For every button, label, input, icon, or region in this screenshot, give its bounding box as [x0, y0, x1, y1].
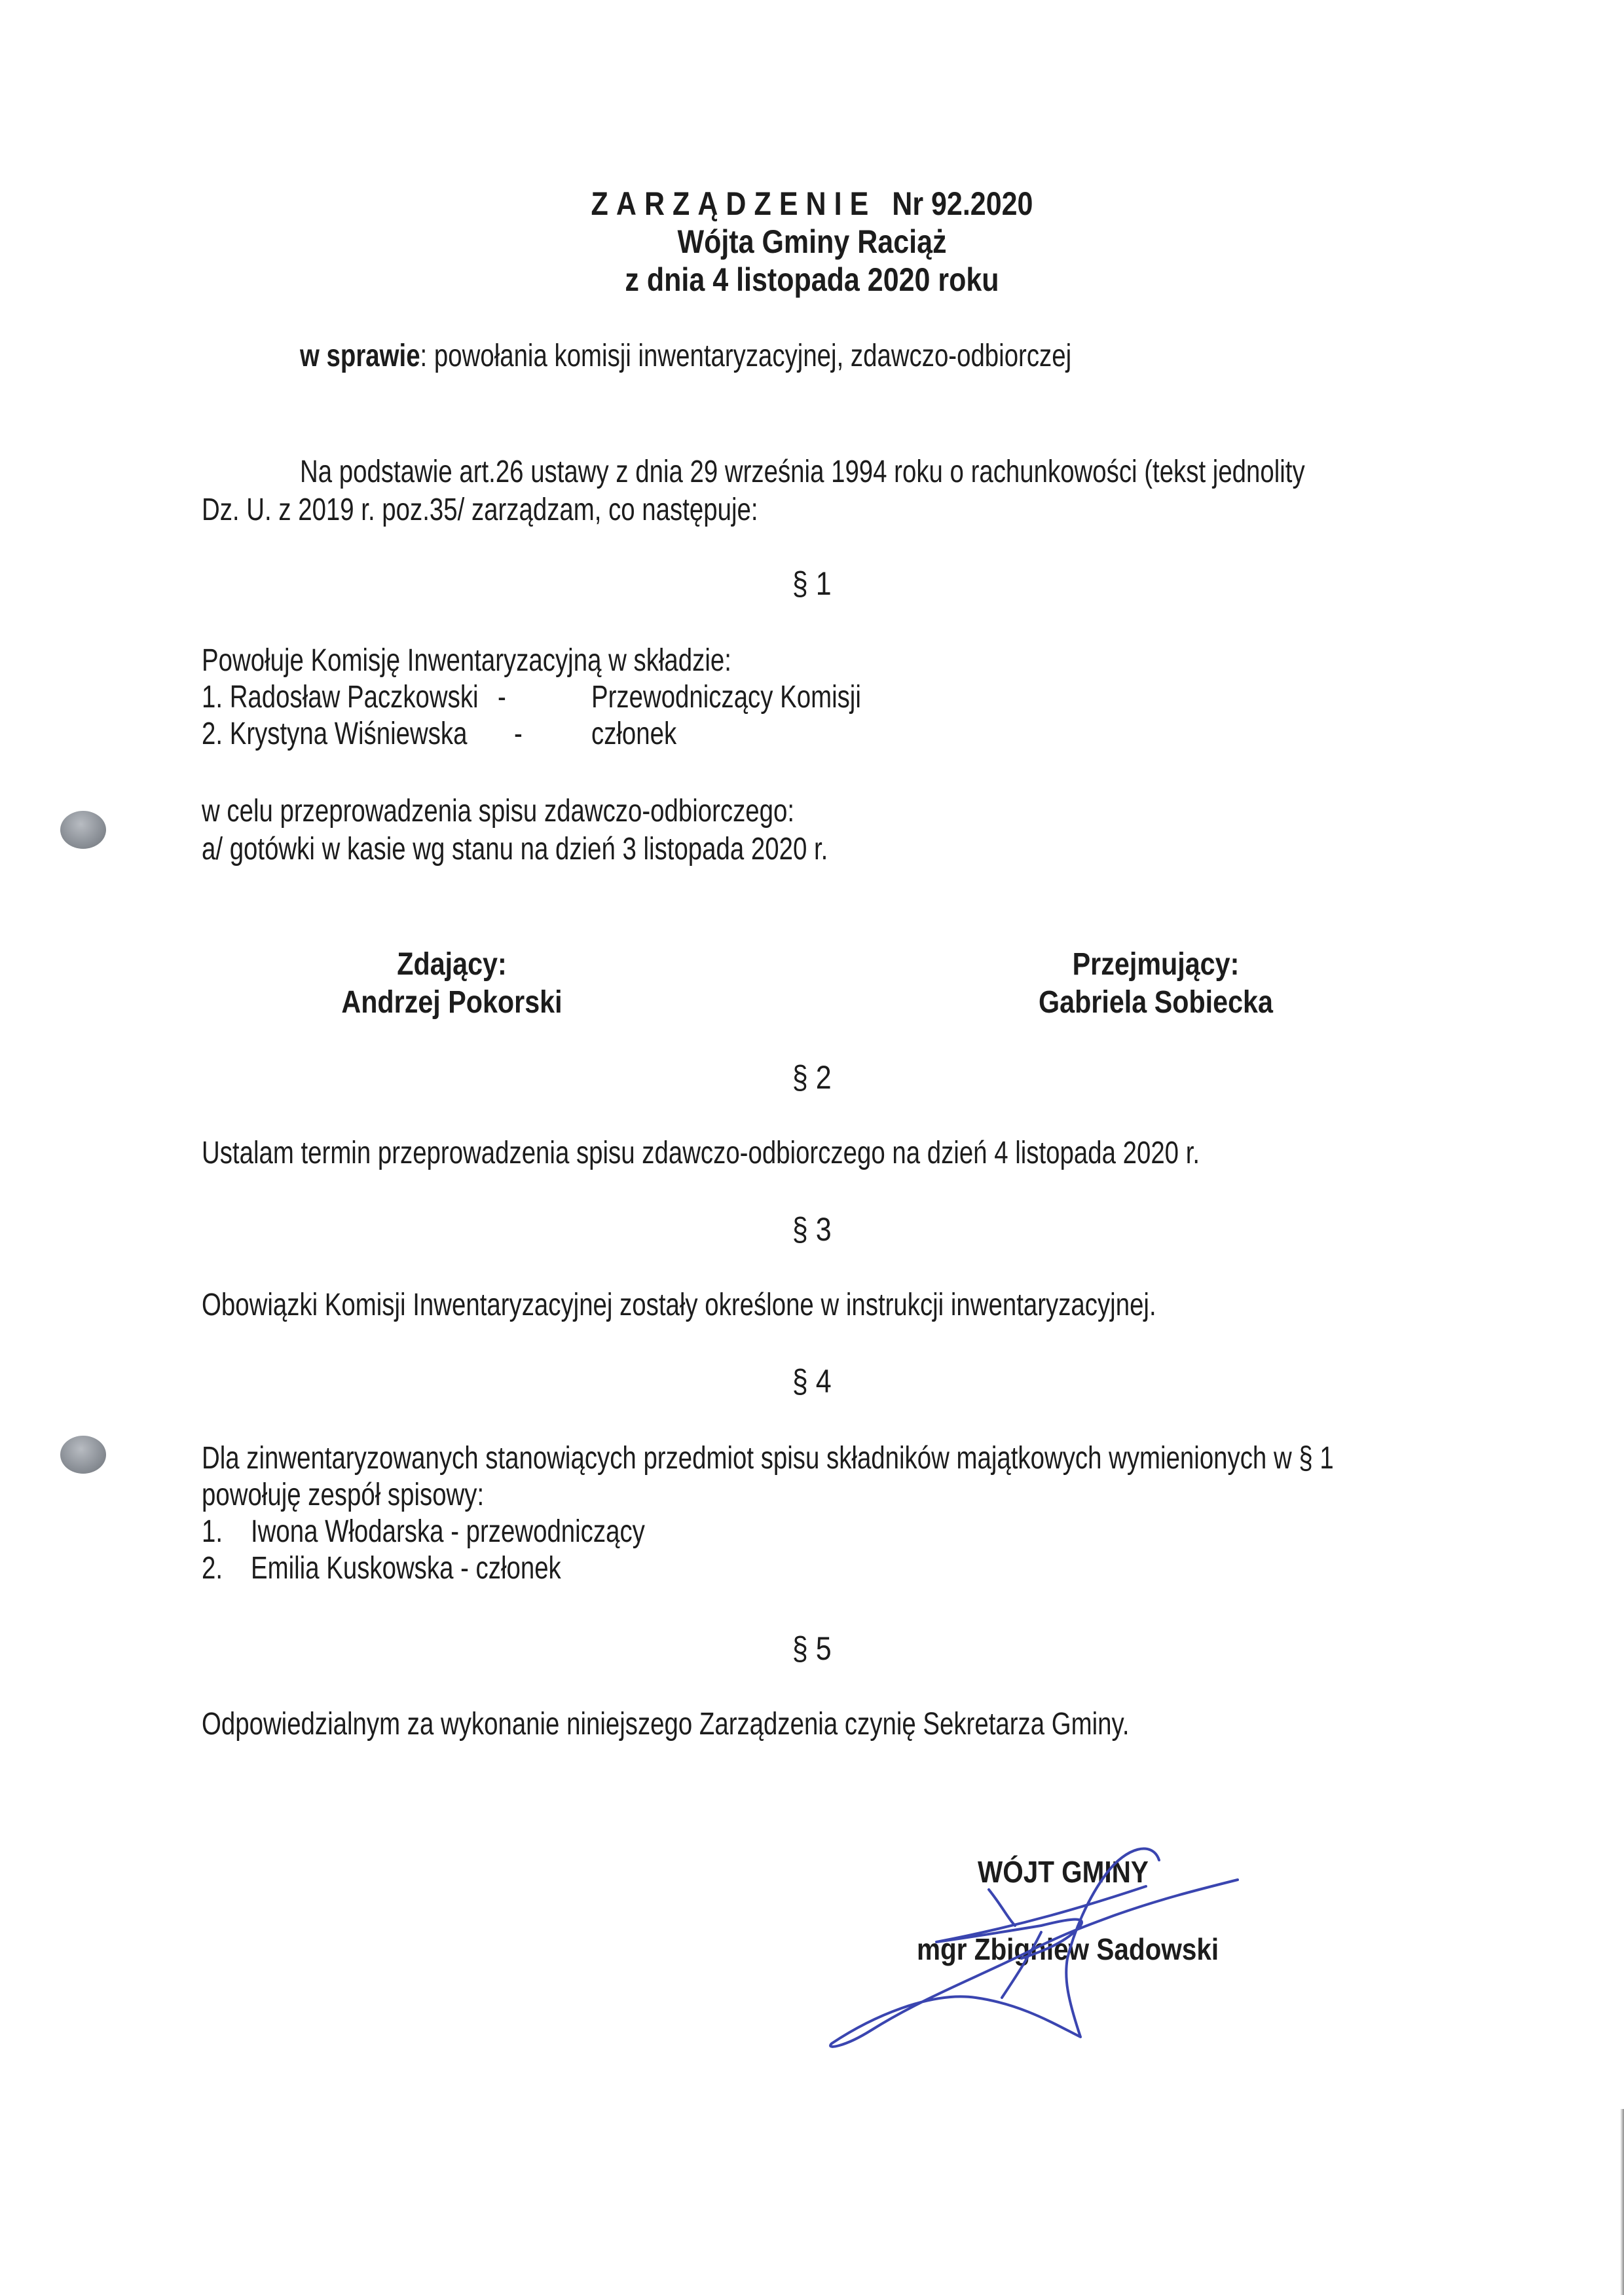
section-3-sign: § 3 — [0, 1210, 1624, 1248]
team-member-1-text: Iwona Włodarska - przewodniczący — [251, 1513, 743, 1551]
document-title: ZARZĄDZENIE Nr 92.2020 — [114, 185, 1511, 223]
legal-basis-text-1: Na podstawie art.26 ustawy z dnia 29 wrz… — [300, 453, 1305, 491]
member-role: Przewodniczący Komisji — [591, 679, 929, 717]
subject-text: : powołania komisji inwentaryzacyjnej, z… — [420, 339, 1072, 373]
member-number: 2. — [202, 717, 223, 751]
team-member-1: 1. — [202, 1513, 228, 1551]
member-dash: - — [514, 715, 525, 753]
receiver-label: Przejmujący: — [1015, 946, 1297, 984]
legal-basis-text-2: Dz. U. z 2019 r. poz.35/ zarządzam, co n… — [202, 491, 758, 529]
subject-line: w sprawie: powołania komisji inwentaryza… — [300, 337, 1264, 375]
receiver-name: Gabriela Sobiecka — [1015, 984, 1297, 1022]
legal-basis-line1: Na podstawie art.26 ustawy z dnia 29 wrz… — [300, 453, 1556, 491]
member-name: Radosław Paczkowski — [230, 680, 479, 715]
legal-basis-line2: Dz. U. z 2019 r. poz.35/ zarządzam, co n… — [202, 491, 897, 529]
signatory-name: mgr Zbigniew Sadowski — [917, 1931, 1260, 1968]
subject-label: w sprawie — [300, 339, 420, 373]
section-5-text: Odpowiedzialnym za wykonanie niniejszego… — [202, 1706, 1361, 1744]
member-role: członek — [591, 715, 698, 753]
document-page: ZARZĄDZENIE Nr 92.2020 Wójta Gminy Racią… — [0, 0, 1624, 2295]
commission-member-2: 2. Krystyna Wiśniewska — [202, 715, 534, 753]
member-number: 1. — [202, 680, 223, 715]
section-2-sign: § 2 — [0, 1058, 1624, 1096]
document-issuer: Wójta Gminy Raciąż — [114, 223, 1511, 261]
scan-edge — [1620, 2109, 1624, 2295]
document-date: z dnia 4 listopada 2020 roku — [114, 261, 1511, 299]
commission-member-1: 1. Radosław Paczkowski — [202, 679, 547, 717]
purpose-line1: w celu przeprowadzenia spisu zdawczo-odb… — [202, 793, 942, 830]
giver-label: Zdający: — [311, 946, 593, 984]
section-3-text: Obowiązki Komisji Inwentaryzacyjnej zost… — [202, 1286, 1395, 1324]
section-4-sign: § 4 — [0, 1362, 1624, 1400]
section-1-intro: Powołuje Komisję Inwentaryzacyjną w skła… — [202, 642, 864, 680]
section-2-text: Ustalam termin przeprowadzenia spisu zda… — [202, 1134, 1449, 1172]
punch-hole-bottom — [60, 1436, 106, 1474]
purpose-line2: a/ gotówki w kasie wg stanu na dzień 3 l… — [202, 830, 984, 868]
giver-name: Andrzej Pokorski — [311, 984, 593, 1022]
signatory-title: WÓJT GMINY — [978, 1854, 1172, 1890]
punch-hole-top — [60, 811, 106, 849]
team-member-2-text: Emilia Kuskowska - członek — [251, 1550, 638, 1588]
member-dash: - — [498, 679, 508, 717]
team-member-2: 2. — [202, 1550, 228, 1588]
section-4-line2: powołuję zespół spisowy: — [202, 1476, 555, 1514]
member-name: Krystyna Wiśniewska — [230, 717, 468, 751]
document-number: Nr 92.2020 — [892, 185, 1033, 222]
section-5-sign: § 5 — [0, 1630, 1624, 1668]
section-4-line1: Dla zinwentaryzowanych stanowiących prze… — [202, 1440, 1617, 1478]
receiver-block: Przejmujący: Gabriela Sobiecka — [992, 946, 1319, 1022]
section-1-intro-text: Powołuje Komisję Inwentaryzacyjną w skła… — [202, 642, 731, 680]
title-word: ZARZĄDZENIE — [591, 185, 877, 222]
document-header: ZARZĄDZENIE Nr 92.2020 Wójta Gminy Racią… — [0, 185, 1624, 299]
giver-block: Zdający: Andrzej Pokorski — [288, 946, 616, 1022]
team-number: 1. — [202, 1513, 223, 1551]
team-number: 2. — [202, 1550, 223, 1588]
section-1-sign: § 1 — [0, 565, 1624, 603]
